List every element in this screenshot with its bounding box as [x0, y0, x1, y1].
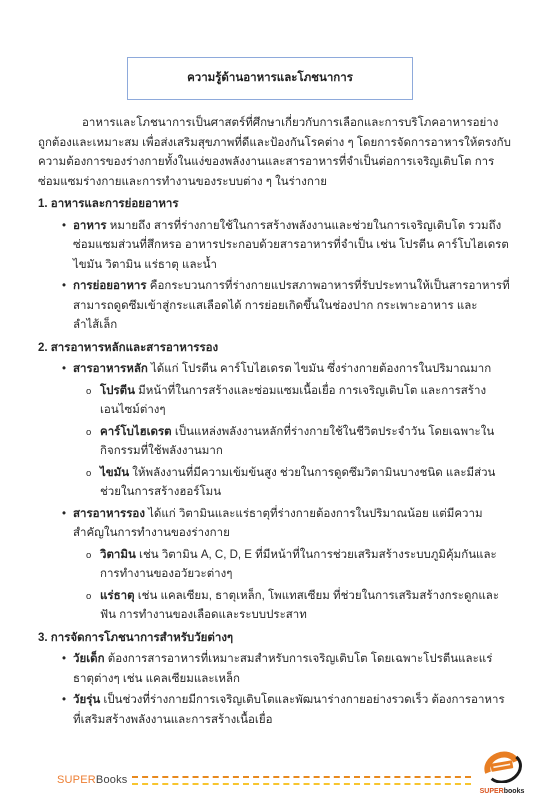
document-body: อาหารและโภชนาการเป็นศาสตร์ที่ศึกษาเกี่ยว… [0, 100, 545, 730]
list-item: o วิตามิน เช่น วิตามิน A, C, D, E ที่มีห… [38, 546, 512, 585]
sub-bullet-icon: o [86, 464, 91, 484]
document-page: ความรู้ด้านอาหารและโภชนาการ อาหารและโภชน… [0, 57, 545, 730]
bullet-icon: • [62, 691, 66, 711]
section-heading-2: 2. สารอาหารหลักและสารอาหารรอง [38, 339, 512, 359]
list-item: o คาร์โบไฮเดรต เป็นแหล่งพลังงานหลักที่ร่… [38, 423, 512, 462]
footer-brand-books: Books [96, 774, 128, 786]
sub-bullet-icon: o [86, 382, 91, 402]
list-item-text: วัยรุ่น เป็นช่วงที่ร่างกายมีการเจริญเติบ… [73, 694, 505, 726]
footer-brand: SUPERBooks [57, 774, 127, 786]
superbooks-logo-icon [477, 751, 527, 783]
list-item-text: คาร์โบไฮเดรต เป็นแหล่งพลังงานหลักที่ร่าง… [100, 426, 494, 458]
list-item-text: ไขมัน ให้พลังงานที่มีความเข้มข้นสูง ช่วย… [100, 467, 495, 499]
sub-bullet-icon: o [86, 546, 91, 566]
sub-bullet-icon: o [86, 423, 91, 443]
superbooks-logo-text: SUPERbooks [474, 788, 530, 796]
bullet-icon: • [62, 505, 66, 525]
bullet-icon: • [62, 360, 66, 380]
list-item-text: วิตามิน เช่น วิตามิน A, C, D, E ที่มีหน้… [100, 549, 497, 581]
superbooks-logo: SUPERbooks [474, 751, 530, 796]
intro-paragraph: อาหารและโภชนาการเป็นศาสตร์ที่ศึกษาเกี่ยว… [38, 114, 512, 192]
section-heading-3: 3. การจัดการโภชนาการสำหรับวัยต่างๆ [38, 629, 512, 649]
list-item-text: การย่อยอาหาร คือกระบวนการที่ร่างกายแปรสภ… [73, 280, 510, 331]
list-item-text: สารอาหารหลัก ได้แก่ โปรตีน คาร์โบไฮเดรต … [73, 363, 491, 375]
list-item: • การย่อยอาหาร คือกระบวนการที่ร่างกายแปร… [38, 277, 512, 336]
dashed-separator [132, 776, 471, 785]
page-title: ความรู้ด้านอาหารและโภชนาการ [187, 72, 353, 84]
list-item: o แร่ธาตุ เช่น แคลเซียม, ธาตุเหล็ก, โพแท… [38, 587, 512, 626]
list-item-text: โปรตีน มีหน้าที่ในการสร้างและซ่อมแซมเนื้… [100, 385, 486, 417]
bullet-icon: • [62, 650, 66, 670]
page-footer: SUPERBooks [0, 772, 545, 788]
list-item: • วัยรุ่น เป็นช่วงที่ร่างกายมีการเจริญเต… [38, 691, 512, 730]
list-item: • สารอาหารหลัก ได้แก่ โปรตีน คาร์โบไฮเดร… [38, 360, 512, 380]
list-item: o ไขมัน ให้พลังงานที่มีความเข้มข้นสูง ช่… [38, 464, 512, 503]
bullet-icon: • [62, 217, 66, 237]
list-item: o โปรตีน มีหน้าที่ในการสร้างและซ่อมแซมเน… [38, 382, 512, 421]
list-item-text: สารอาหารรอง ได้แก่ วิตามินและแร่ธาตุที่ร… [73, 508, 483, 540]
list-item: • สารอาหารรอง ได้แก่ วิตามินและแร่ธาตุที… [38, 505, 512, 544]
footer-brand-super: SUPER [57, 774, 96, 786]
list-item: • อาหาร หมายถึง สารที่ร่างกายใช้ในการสร้… [38, 217, 512, 276]
title-box: ความรู้ด้านอาหารและโภชนาการ [127, 57, 413, 100]
list-item-text: วัยเด็ก ต้องการสารอาหารที่เหมาะสมสำหรับก… [73, 653, 492, 685]
list-item: • วัยเด็ก ต้องการสารอาหารที่เหมาะสมสำหรั… [38, 650, 512, 689]
sub-bullet-icon: o [86, 587, 91, 607]
section-heading-1: 1. อาหารและการย่อยอาหาร [38, 195, 512, 215]
list-item-text: แร่ธาตุ เช่น แคลเซียม, ธาตุเหล็ก, โพแทสเ… [100, 590, 499, 622]
bullet-icon: • [62, 277, 66, 297]
list-item-text: อาหาร หมายถึง สารที่ร่างกายใช้ในการสร้าง… [73, 220, 509, 271]
